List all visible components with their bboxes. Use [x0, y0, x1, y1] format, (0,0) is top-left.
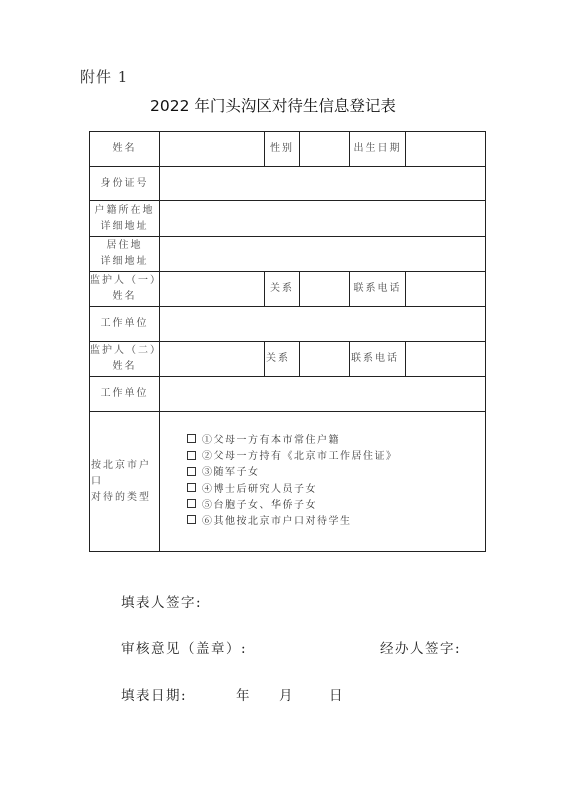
name-label: 姓名 [90, 132, 160, 167]
option-label: ⑥其他按北京市户口对待学生 [202, 516, 352, 527]
guardian2-phone-label: 联系电话 [350, 342, 406, 377]
fill-date-label: 填表日期: [121, 684, 187, 704]
guardian1-relation-field[interactable] [300, 272, 350, 307]
residence-address-label-line2: 详细地址 [90, 254, 159, 270]
checkbox-icon[interactable] [187, 483, 196, 492]
row-hukou-type: 按北京市户口 对待的类型 ①父母一方有本市常住户籍 ②父母一方持有《北京市工作居… [90, 412, 486, 552]
form-title: 2022 年门头沟区对待生信息登记表 [150, 94, 420, 116]
household-address-label-line2: 详细地址 [90, 219, 159, 235]
hukou-type-option[interactable]: ⑥其他按北京市户口对待学生 [187, 514, 485, 530]
guardian1-relation-label: 关系 [265, 272, 300, 307]
option-label: ④博士后研究人员子女 [202, 484, 317, 495]
row-guardian1: 监护人（一） 姓名 关系 联系电话 [90, 272, 486, 307]
guardian1-name-label-line2: 姓名 [90, 289, 159, 305]
hukou-type-options: ①父母一方有本市常住户籍 ②父母一方持有《北京市工作居住证》 ③随军子女 ④博士… [160, 412, 486, 552]
review-opinion-label: 审核意见（盖章）: [121, 637, 247, 657]
guardian2-work-unit-field[interactable] [160, 377, 486, 412]
option-label: ①父母一方有本市常住户籍 [202, 435, 340, 446]
checkbox-icon[interactable] [187, 467, 196, 476]
row-guardian2-work: 工作单位 [90, 377, 486, 412]
guardian2-name-label-line1: 监护人（二） [90, 343, 159, 359]
guardian1-work-unit-label: 工作单位 [90, 307, 160, 342]
guardian2-relation-field[interactable] [300, 342, 350, 377]
row-residence-address: 居住地 详细地址 [90, 237, 486, 272]
option-label: ⑤台胞子女、华侨子女 [202, 500, 317, 511]
birthdate-label: 出生日期 [350, 132, 406, 167]
checkbox-icon[interactable] [187, 499, 196, 508]
residence-address-field[interactable] [160, 237, 486, 272]
guardian1-name-field[interactable] [160, 272, 265, 307]
filler-signature-label: 填表人签字: [121, 591, 202, 611]
id-number-field[interactable] [160, 167, 486, 201]
guardian1-name-label: 监护人（一） 姓名 [90, 272, 160, 307]
residence-address-label-line1: 居住地 [90, 238, 159, 254]
hukou-type-option[interactable]: ⑤台胞子女、华侨子女 [187, 498, 485, 514]
hukou-type-option[interactable]: ③随军子女 [187, 465, 485, 481]
hukou-type-option[interactable]: ②父母一方持有《北京市工作居住证》 [187, 449, 485, 465]
date-month-label: 月 [279, 684, 294, 704]
hukou-type-label: 按北京市户口 对待的类型 [90, 412, 160, 552]
date-year-label: 年 [236, 684, 251, 704]
guardian2-name-label-line2: 姓名 [90, 359, 159, 375]
checkbox-icon[interactable] [187, 434, 196, 443]
household-address-label-line1: 户籍所在地 [90, 203, 159, 219]
option-label: ③随军子女 [202, 467, 260, 478]
checkbox-icon[interactable] [187, 515, 196, 524]
birthdate-field[interactable] [406, 132, 486, 167]
hukou-type-option[interactable]: ①父母一方有本市常住户籍 [187, 433, 485, 449]
handler-signature-label: 经办人签字: [380, 637, 461, 657]
option-label: ②父母一方持有《北京市工作居住证》 [202, 451, 398, 462]
gender-field[interactable] [300, 132, 350, 167]
guardian2-relation-label: 关系 [265, 342, 300, 377]
row-basic-info: 姓名 性别 出生日期 [90, 132, 486, 167]
registration-table: 姓名 性别 出生日期 身份证号 户籍所在地 详细地址 居住地 详细地址 监护人（… [89, 131, 486, 552]
checkbox-icon[interactable] [187, 451, 196, 460]
attachment-label: 附件 1 [80, 66, 128, 87]
guardian1-phone-label: 联系电话 [350, 272, 406, 307]
gender-label: 性别 [265, 132, 300, 167]
date-day-label: 日 [329, 684, 344, 704]
guardian1-work-unit-field[interactable] [160, 307, 486, 342]
household-address-field[interactable] [160, 201, 486, 237]
guardian2-phone-field[interactable] [406, 342, 486, 377]
hukou-type-option-list: ①父母一方有本市常住户籍 ②父母一方持有《北京市工作居住证》 ③随军子女 ④博士… [162, 433, 485, 530]
row-id-number: 身份证号 [90, 167, 486, 201]
name-field[interactable] [160, 132, 265, 167]
hukou-type-label-line2: 对待的类型 [91, 490, 159, 506]
row-guardian1-work: 工作单位 [90, 307, 486, 342]
residence-address-label: 居住地 详细地址 [90, 237, 160, 272]
household-address-label: 户籍所在地 详细地址 [90, 201, 160, 237]
guardian2-name-label: 监护人（二） 姓名 [90, 342, 160, 377]
guardian2-work-unit-label: 工作单位 [90, 377, 160, 412]
guardian1-phone-field[interactable] [406, 272, 486, 307]
row-guardian2: 监护人（二） 姓名 关系 联系电话 [90, 342, 486, 377]
hukou-type-label-line1: 按北京市户口 [91, 458, 159, 490]
row-household-address: 户籍所在地 详细地址 [90, 201, 486, 237]
hukou-type-option[interactable]: ④博士后研究人员子女 [187, 482, 485, 498]
guardian1-name-label-line1: 监护人（一） [90, 273, 159, 289]
guardian2-name-field[interactable] [160, 342, 265, 377]
id-number-label: 身份证号 [90, 167, 160, 201]
